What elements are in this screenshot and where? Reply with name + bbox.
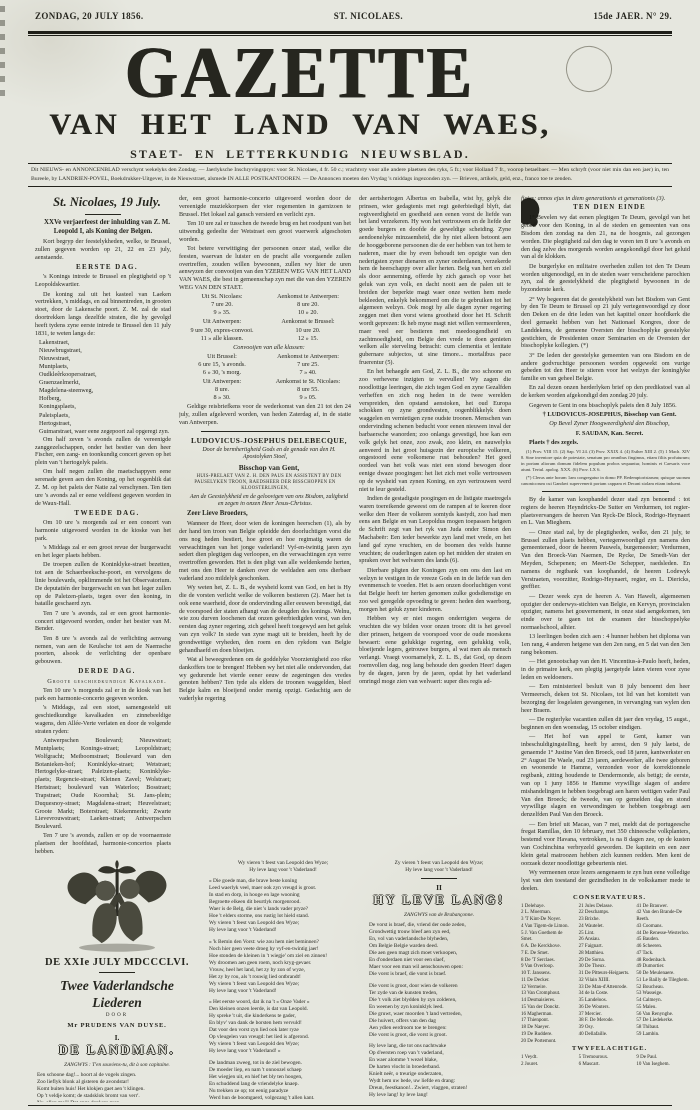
paragraph: 's Konings intrede te Brussel en plegtig…	[35, 273, 171, 289]
poem-stanza: Die vorst is groot, door wien de volkere…	[367, 983, 511, 1039]
street-list: Lakenstraet, Nieuwbrugstraet, Nieuwstrae…	[35, 339, 171, 436]
timetable-departures: Uit St. Nicolaes: 7 ure 20. 9 » 35.	[179, 293, 265, 317]
poem-stanza: Hy leve lang, die tot ons nachtwake Op d…	[367, 1043, 511, 1099]
footnote: (1) Prov. VIII 15. (2) Sap. VI 24. (3) P…	[521, 449, 690, 474]
issue-date: ZONDAG, 20 JULY 1856.	[35, 11, 144, 21]
timetable-departures: Uit Antwerpen: 9 ure 30, expres-convooi.…	[179, 318, 265, 342]
paragraph: En het behaegde aen God, Z. L. B., die z…	[359, 368, 511, 493]
section-subheading-cavalcade: Groote geschiedkundige Kavalkade.	[35, 678, 171, 686]
poem-title-hy-leve-lang: HY LEVE LANG!	[367, 893, 511, 909]
paragraph: — Dezer week zyn de heeren A. Van Hawelt…	[521, 593, 690, 632]
column-3: der aertshertogen Albertus en Isabella, …	[359, 195, 511, 855]
page-bottom-rule	[28, 1105, 672, 1106]
newspaper-subtitle: VAN HET LAND VAN WAES,	[30, 108, 570, 142]
section-heading-day1: EERSTE DAG.	[35, 263, 171, 272]
conservateurs-col3: 41 De Brauwer. 42 Van den Brande-De Reet…	[636, 904, 690, 1046]
left-area: St. Nicolaes, 19 July. XXVe verjaerfeest…	[35, 195, 511, 1102]
poem-section: DE XXIe JULY MDCCCLVI. Twee Vaderlandsch…	[35, 855, 511, 1102]
column-4: ficies; annos ejus in diem generationis …	[521, 195, 690, 1102]
page-content: St. Nicolaes, 19 July. XXVe verjaerfeest…	[35, 195, 690, 1102]
newspaper-page: ZONDAG, 20 JULY 1856. ST. NICOLAES. 15de…	[0, 0, 700, 1110]
poems-title: Twee Vaderlandsche Liederen	[35, 977, 199, 1011]
column-1: St. Nicolaes, 19 July. XXVe verjaerfeest…	[35, 195, 171, 855]
byline-door: DOOR	[35, 1013, 199, 1019]
poem-refrain: Wy vieren 't feest van Leopold den Wyze;…	[207, 860, 359, 874]
poem-stanza: « Die goede man, die brave beste koning …	[207, 878, 359, 934]
poem-date-title: DE XXIe JULY MDCCCLVI.	[35, 956, 199, 969]
paragraph: De troepen zullen de Koninklyke-straet b…	[35, 561, 171, 608]
paragraph: Gegeven te Gent in ons bisschoplyk palei…	[521, 402, 690, 410]
tune-indication: ZANGWYS van de Brabançonne.	[367, 912, 511, 919]
newspaper-title: GAZETTE	[30, 35, 570, 108]
subscription-notice: Dit NIEUWS- en ANNONCENBLAD verschynt we…	[28, 163, 672, 187]
paragraph: Dierbare pligten der Koningen zyn om ons…	[359, 567, 511, 614]
paragraph: Geldige reisbriefkens voor de wederkomst…	[179, 403, 351, 426]
paragraph: Om half zeven 's avonds zullen de vereen…	[35, 436, 171, 467]
paragraph: De koning zal uit het kasteel van Laeken…	[35, 291, 171, 338]
paragraph: 13 leerlingen boden zich aen : 4 hunner …	[521, 633, 690, 656]
paragraph: En zal dezen onzen herderlyken brief op …	[521, 384, 690, 400]
section-heading-day2: TWEEDE DAG.	[35, 509, 171, 518]
day3-paragraphs-b: Ten 7 ure 's avonds, zullen er op de voo…	[35, 832, 171, 855]
masthead: GAZETTE VAN HET LAND VAN WAES, STAET- EN…	[30, 38, 570, 162]
paragraph: — De regterlyke vacantien zullen dit jae…	[521, 716, 690, 732]
twyfelachtige-col3: 9 De Paul. 10 Van Iseghem.	[636, 1055, 690, 1069]
list-intro: Wy vermeenen onze lezers aengenaem te zy…	[521, 869, 690, 892]
paragraph: — Een brief uit Macao, van 7 mei, meldt …	[521, 821, 690, 868]
poem-stanza: « 'k Bemin den Vorst: wie zou hem niet b…	[207, 939, 359, 995]
top-bar: ZONDAG, 20 JULY 1856. ST. NICOLAES. 15de…	[35, 11, 672, 21]
paragraph: — Het genootschap van den H. Vincentius-…	[521, 658, 690, 681]
paragraph: 's Middags, zal een stoet, samengesteld …	[35, 704, 171, 735]
timetable-arrivals: Aenkomst te Antwerpen: 7 ure 25. 7 » 40.	[265, 353, 351, 377]
twyfelachtige-col2: 5 Tremouroux. 6 Mascart.	[579, 1055, 633, 1069]
column-2: der, een groot harmonie-concerto uitgevo…	[179, 195, 351, 855]
issue-number: 15de JAER. N° 29.	[593, 11, 672, 21]
signature-byorder: Op Bevel Zyner Hoogweerdigheid den Bissc…	[521, 420, 690, 428]
poem-number: II	[367, 883, 511, 892]
top-columns: St. Nicolaes, 19 July. XXVe verjaerfeest…	[35, 195, 511, 855]
paragraph: Wat al beweegredenen om de goddelyke Voo…	[179, 656, 351, 703]
paragraph: Indien de gestadigste poogingen en de li…	[359, 495, 511, 565]
timetable-departures: Uit Antwerpen: 8 ure. 8 » 30.	[179, 378, 265, 402]
paragraph: 1° Bevelen wy dat eenen plegtigen Te Deu…	[521, 214, 690, 261]
poem-author: Mr PRUDENS VAN DUYSE.	[35, 1022, 199, 1030]
timetable-row: Uit Antwerpen: 8 ure. 8 » 30. Aenkomst t…	[179, 378, 351, 402]
tune-indication: ZANGWYS : T'en souviens-tu, dit à son ca…	[35, 1062, 199, 1069]
paragraph: Ten 7 ure 's avonds, zullen er op de voo…	[35, 832, 171, 855]
paragraph: — Onze stad zal, by de plegtigheden, wel…	[521, 529, 690, 592]
cherub-emblem-image	[58, 860, 176, 954]
timetable-arrivals: Aenkomst te Brussel: 10 ure 20. 12 » 15.	[265, 318, 351, 342]
divider	[85, 214, 121, 215]
footnotes: (1) Prov. VIII 15. (2) Sap. VI 24. (3) P…	[521, 449, 690, 487]
letter-salutation: Zeer Lieve Broeders,	[179, 510, 351, 519]
decree-paragraphs: 1° Bevelen wy dat eenen plegtigen Te Deu…	[521, 214, 690, 409]
conservateurs-col2: 21 Jules Delasse. 22 Deschamps. 23 Brixh…	[579, 904, 633, 1046]
section-heading-day3: DERDE DAG.	[35, 667, 171, 676]
day2-paragraphs: Om 10 ure 's morgends zal er een concert…	[35, 519, 171, 666]
poem-stanza: De landman zweeg, tot in de ziel bewogen…	[207, 1060, 359, 1102]
poem-number: I.	[35, 1033, 199, 1042]
conservateurs-heading: CONSERVATEURS.	[521, 894, 690, 902]
timetable-departures: Uit Brussel: 6 ure 15, 's avonds. 6 » 30…	[179, 353, 265, 377]
paragraph: Ten 7 ure 's avonds, zal er een groot ha…	[35, 610, 171, 633]
paragraph: Wy weten het, Z. L. B., de wysheid komt …	[179, 584, 351, 654]
paragraph: 3° De leden der geestelyke gemeenten van…	[521, 352, 690, 383]
paragraph: der aertshertogen Albertus en Isabella, …	[359, 195, 511, 367]
poem-column-c: Zy vieren 't feest van Leopold den Wyze;…	[367, 860, 511, 1102]
bishop-honorifics: HUIS-PRELAET VAN Z. H. DEN PAUS EN ASSIS…	[179, 474, 351, 492]
paragraph: Hebben wy er niet mogen onderrigten wege…	[359, 615, 511, 685]
twyfelachtige-list: 1 Veydt. 2 Jouret. 5 Tremouroux. 6 Masca…	[521, 1055, 690, 1069]
day3-paragraphs-a: Ten 10 ure 's morgends zal er in de kios…	[35, 687, 171, 735]
paragraph: Tot betere verwittiging der persoonen on…	[179, 245, 351, 292]
paragraph: Wanneer de Heer, door wien de koningen h…	[179, 520, 351, 583]
poem-stanza: Een schoone dag!... hoort al de vogels z…	[35, 1072, 199, 1102]
bishop-title: Bisschop van Gent,	[179, 463, 351, 472]
bishop-byline: Door de bermhertigheid Gods en de genade…	[179, 447, 351, 462]
conservateurs-list: 1 Delehaye. 2 L. Moerman. 3 'T Kint-De N…	[521, 904, 690, 1046]
divider	[421, 878, 457, 879]
timetable-row: Uit Antwerpen: 9 ure 30, expres-convooi.…	[179, 318, 351, 342]
timetable-row: Uit Brussel: 6 ure 15, 's avonds. 6 » 30…	[179, 353, 351, 377]
local-news: By de kamer van koophandel dezer stad zy…	[521, 496, 690, 867]
poem-stanza: De vorst is braef, die, vriend der oude …	[367, 922, 511, 978]
conservateurs-col1: 1 Delehaye. 2 L. Moerman. 3 'T Kint-De N…	[521, 904, 575, 1046]
dateline: St. Nicolaes, 19 July.	[35, 195, 171, 211]
letter-paragraphs: Wanneer de Heer, door wien de koningen h…	[179, 520, 351, 703]
paragraph: Om 10 ure 's morgends zal er een concert…	[35, 519, 171, 542]
article-title: XXVe verjaerfeest der inhulding van Z. M…	[35, 219, 171, 237]
newspaper-tagline: STAET- EN LETTERKUNDIG NIEUWSBLAD.	[30, 147, 570, 162]
paragraph: — Een ministerieel besluit van 8 july be…	[521, 683, 690, 714]
paragraph: Ten 10 ure 's morgends zal er in de kios…	[35, 687, 171, 703]
paragraph: 2° Wy begeeren dat de geestelykheid van …	[521, 296, 690, 351]
paragraph: By de kamer van koophandel dezer stad zy…	[521, 496, 690, 527]
latin-continuation: ficies; annos ejus in diem generationis …	[521, 195, 690, 203]
page-edge-marks	[0, 6, 5, 96]
signature-bishop: † LUDOVICUS-JOSEPHUS, Bisschop van Gent.	[521, 411, 690, 419]
timetable-arrivals: Aenkomst te Antwerpen: 8 ure 20. 10 » 20…	[265, 293, 351, 317]
signature-secretary: F. SAUDAN, Kan. Secret.	[521, 430, 690, 438]
poem-column-b: Wy vieren 't feest van Leopold den Wyze;…	[207, 860, 359, 1102]
poem-column-a: DE XXIe JULY MDCCCLVI. Twee Vaderlandsch…	[35, 860, 199, 1102]
timetable-caption: Convooijen van alle klassen:	[179, 344, 351, 352]
street-run-paragraph: Antwerpschen Boulevard; Nieuwstraet; Mun…	[35, 737, 171, 831]
letter-continuation: der aertshertogen Albertus en Isabella, …	[359, 195, 511, 685]
paragraph: der, een groot harmonie-concerto uitgevo…	[179, 195, 351, 218]
twyfelachtige-heading: TWYFELACHTIGE.	[521, 1045, 690, 1053]
issue-place: ST. NICOLAES.	[334, 11, 403, 21]
seal-note: Plaets † des zegels.	[521, 439, 690, 447]
divider	[201, 431, 330, 432]
article-intro: Kort begryp der feestelykheden, welke, t…	[35, 238, 171, 261]
continuation-paragraphs: der, een groot harmonie-concerto uitgevo…	[179, 195, 351, 292]
letter-address: Aen de Geestelykheid en de geloovigen va…	[179, 494, 351, 509]
poem-title-landman: DE LANDMAN.	[35, 1043, 199, 1059]
twyfelachtige-col1: 1 Veydt. 2 Jouret.	[521, 1055, 575, 1069]
bishop-name: LUDOVICUS-JOSEPHUS DELEBECQUE,	[179, 436, 351, 446]
decree-heading: TEN DIEN EINDE	[521, 204, 690, 213]
timetable-arrivals: Aenkomst te St. Nicolaes: 8 ure 55. 9 » …	[265, 378, 351, 402]
timetable-row: Uit St. Nicolaes: 7 ure 20. 9 » 35. Aenk…	[179, 293, 351, 317]
divider	[99, 972, 135, 973]
poem-refrain: Zy vieren 't feest van Leopold den Wyze;…	[367, 860, 511, 874]
divider	[542, 491, 669, 492]
poem-stanza: « Het eerste woord, dat ik na 't « Onze …	[207, 999, 359, 1055]
paragraph: Ten 10 ure zal er tusschen de tweede bru…	[179, 220, 351, 243]
paragraph: Ten 8 ure 's avonds zal de verlichting a…	[35, 635, 171, 666]
paragraph: 's Middags zal er een groot revue der bu…	[35, 544, 171, 560]
paragraph: Om half negen zullen die maetschappyen e…	[35, 468, 171, 507]
footnote: (*) Clerus ante horam 1am congregatur in…	[521, 475, 690, 487]
paragraph: De burgerlyke en militaire overheden zul…	[521, 263, 690, 294]
paragraph: — Het hof van appel te Gent, kamer van i…	[521, 733, 690, 819]
